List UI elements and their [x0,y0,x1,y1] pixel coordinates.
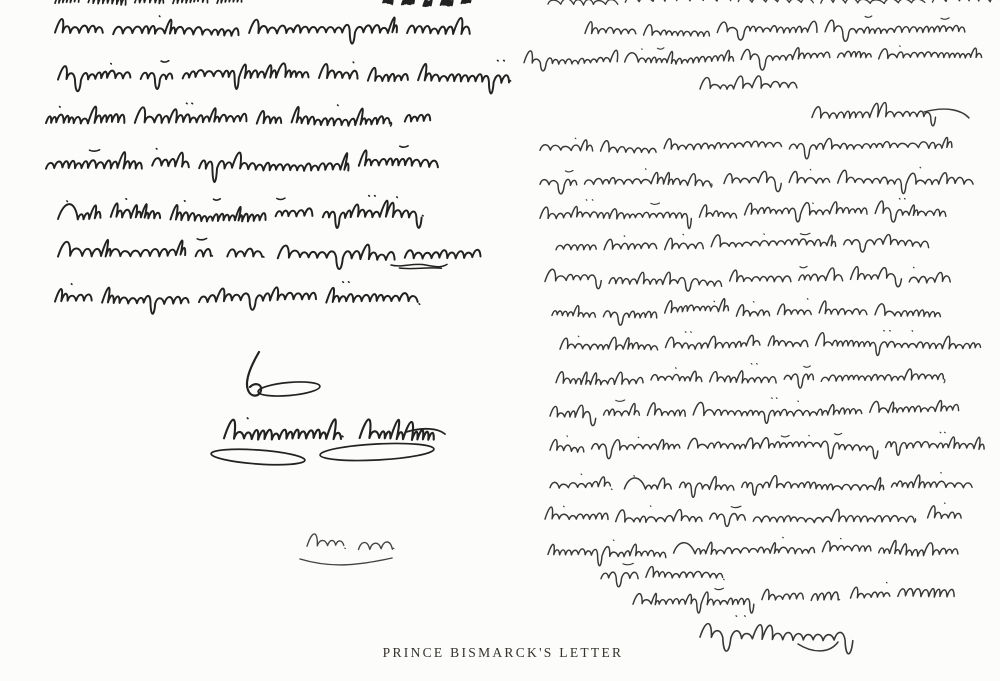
salutation-excellenz [812,103,935,126]
underline-wann [391,264,447,268]
left-signature [224,418,434,440]
left-page [46,0,511,565]
left-line-3 [46,103,430,126]
handwriting-canvas [0,0,1000,681]
left-line-2 [58,60,511,93]
clipped-top-line-c [548,0,1000,5]
left-line-4 [46,146,438,182]
initials-swash [300,558,392,565]
right-page [524,0,1000,654]
body-line-8 [556,364,945,388]
initials-br-m [307,534,394,549]
signature-lower-flourish-left [211,447,306,468]
signature-lower-flourish-right [320,441,435,463]
left-line-7 [55,282,420,314]
body-line-10 [550,432,984,458]
body-line-9 [550,398,959,426]
letter-scan: PRINCE BISMARCK'S LETTER [0,0,1000,681]
body-line-6 [552,299,940,326]
body-line-7 [560,331,980,356]
date-place-line [633,582,954,613]
body-line-12 [545,503,961,526]
body-line-13 [548,537,958,565]
body-line-2 [540,167,973,194]
body-line-11 [550,473,972,498]
address-line-2 [524,46,982,71]
clipped-top-line-b [383,0,471,6]
left-line-5 [58,196,423,228]
closing-zu-lassen [601,563,724,586]
body-line-4 [556,233,929,252]
body-line-1 [540,137,952,158]
body-line-3 [540,199,946,229]
body-line-5 [545,266,950,291]
address-line-1 [585,16,965,41]
address-line-3 [700,76,797,89]
caption: PRINCE BISMARCK'S LETTER [0,645,1000,661]
signature-upper-flourish [258,380,321,398]
clipped-top-line-a [55,0,242,5]
left-line-1 [55,16,470,44]
